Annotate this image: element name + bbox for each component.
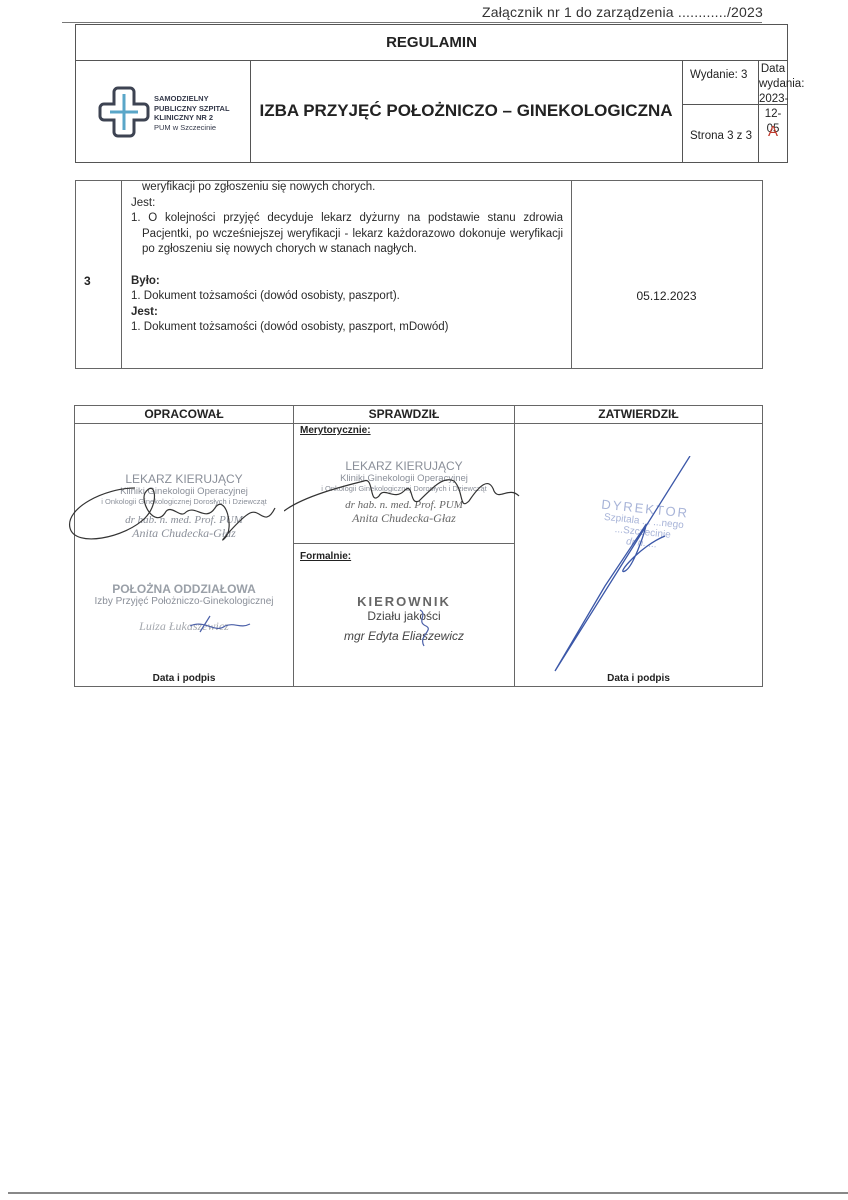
edition: Wydanie: 3 <box>682 60 759 105</box>
bylo-label: Było: <box>131 274 563 290</box>
signature-scribble-icon <box>185 614 255 634</box>
page-number: Strona 3 z 3 <box>682 105 759 162</box>
formal-label: Formalnie: <box>300 551 351 562</box>
approved-footer: Data i podpis <box>515 673 762 684</box>
signature-scribble-icon <box>65 468 295 558</box>
unit-name: IZBA PRZYJĘĆ POŁOŻNICZO – GINEKOLOGICZNA <box>250 60 683 162</box>
jest-item: 1. O kolejności przyjęć decyduje lekarz … <box>131 211 563 258</box>
page-bottom-edge <box>8 1192 848 1194</box>
prepared-footer: Data i podpis <box>75 673 293 684</box>
approved-column: ZATWIERDZIŁ DYREKTOR Szpitala ... ...neg… <box>515 406 762 686</box>
checked-column: SPRAWDZIŁ Merytorycznie: LEKARZ KIERUJĄC… <box>294 406 515 686</box>
jest-label: Jest: <box>131 196 563 212</box>
midwife-stamp: POŁOŻNA ODDZIAŁOWA Izby Przyjęć Położnic… <box>79 582 289 634</box>
hospital-cross-logo-icon <box>96 84 152 140</box>
signature-scribble-icon <box>284 456 524 516</box>
prepared-header: OPRACOWAŁ <box>75 406 293 424</box>
bylo-item: 1. Dokument tożsamości (dowód osobisty, … <box>131 289 563 305</box>
document-title: REGULAMIN <box>76 25 787 61</box>
change-log-table: 3 weryfikacji po zgłoszeniu się nowych c… <box>75 180 763 369</box>
change-description-cell: weryfikacji po zgłoszeniu się nowych cho… <box>121 181 572 368</box>
change-date: 05.12.2023 <box>571 289 762 303</box>
signature-table: OPRACOWAŁ LEKARZ KIERUJĄCY Kliniki Ginek… <box>74 405 763 687</box>
row-number: 3 <box>84 274 91 288</box>
divider <box>62 22 762 23</box>
document-header: REGULAMIN SAMODZIELNY PUBLICZNY SZPITAL … <box>75 24 788 163</box>
substantive-label: Merytorycznie: <box>300 425 371 436</box>
quality-stamp: KIEROWNIK Działu jakości mgr Edyta Elias… <box>298 594 510 643</box>
approved-header: ZATWIERDZIŁ <box>515 406 762 424</box>
row-number-cell: 3 <box>76 181 122 368</box>
change-date-cell: 05.12.2023 <box>571 181 762 368</box>
logo-cell: SAMODZIELNY PUBLICZNY SZPITAL KLINICZNY … <box>76 60 251 162</box>
hospital-name: SAMODZIELNY PUBLICZNY SZPITAL KLINICZNY … <box>154 94 230 132</box>
version-mark: A <box>759 105 787 162</box>
checked-header: SPRAWDZIŁ <box>294 406 514 424</box>
annex-note: Załącznik nr 1 do zarządzenia ..........… <box>482 4 763 20</box>
jest-label-2: Jest: <box>131 305 563 321</box>
signature-scribble-icon <box>414 608 438 648</box>
continuation-text: weryfikacji po zgłoszeniu się nowych cho… <box>131 180 563 196</box>
jest-item-2: 1. Dokument tożsamości (dowód osobisty, … <box>131 320 563 336</box>
divider <box>294 543 514 544</box>
issue-date: Data wydania: 2023-12-05 <box>759 60 787 105</box>
signature-scribble-icon <box>545 456 725 676</box>
prepared-column: OPRACOWAŁ LEKARZ KIERUJĄCY Kliniki Ginek… <box>75 406 294 686</box>
